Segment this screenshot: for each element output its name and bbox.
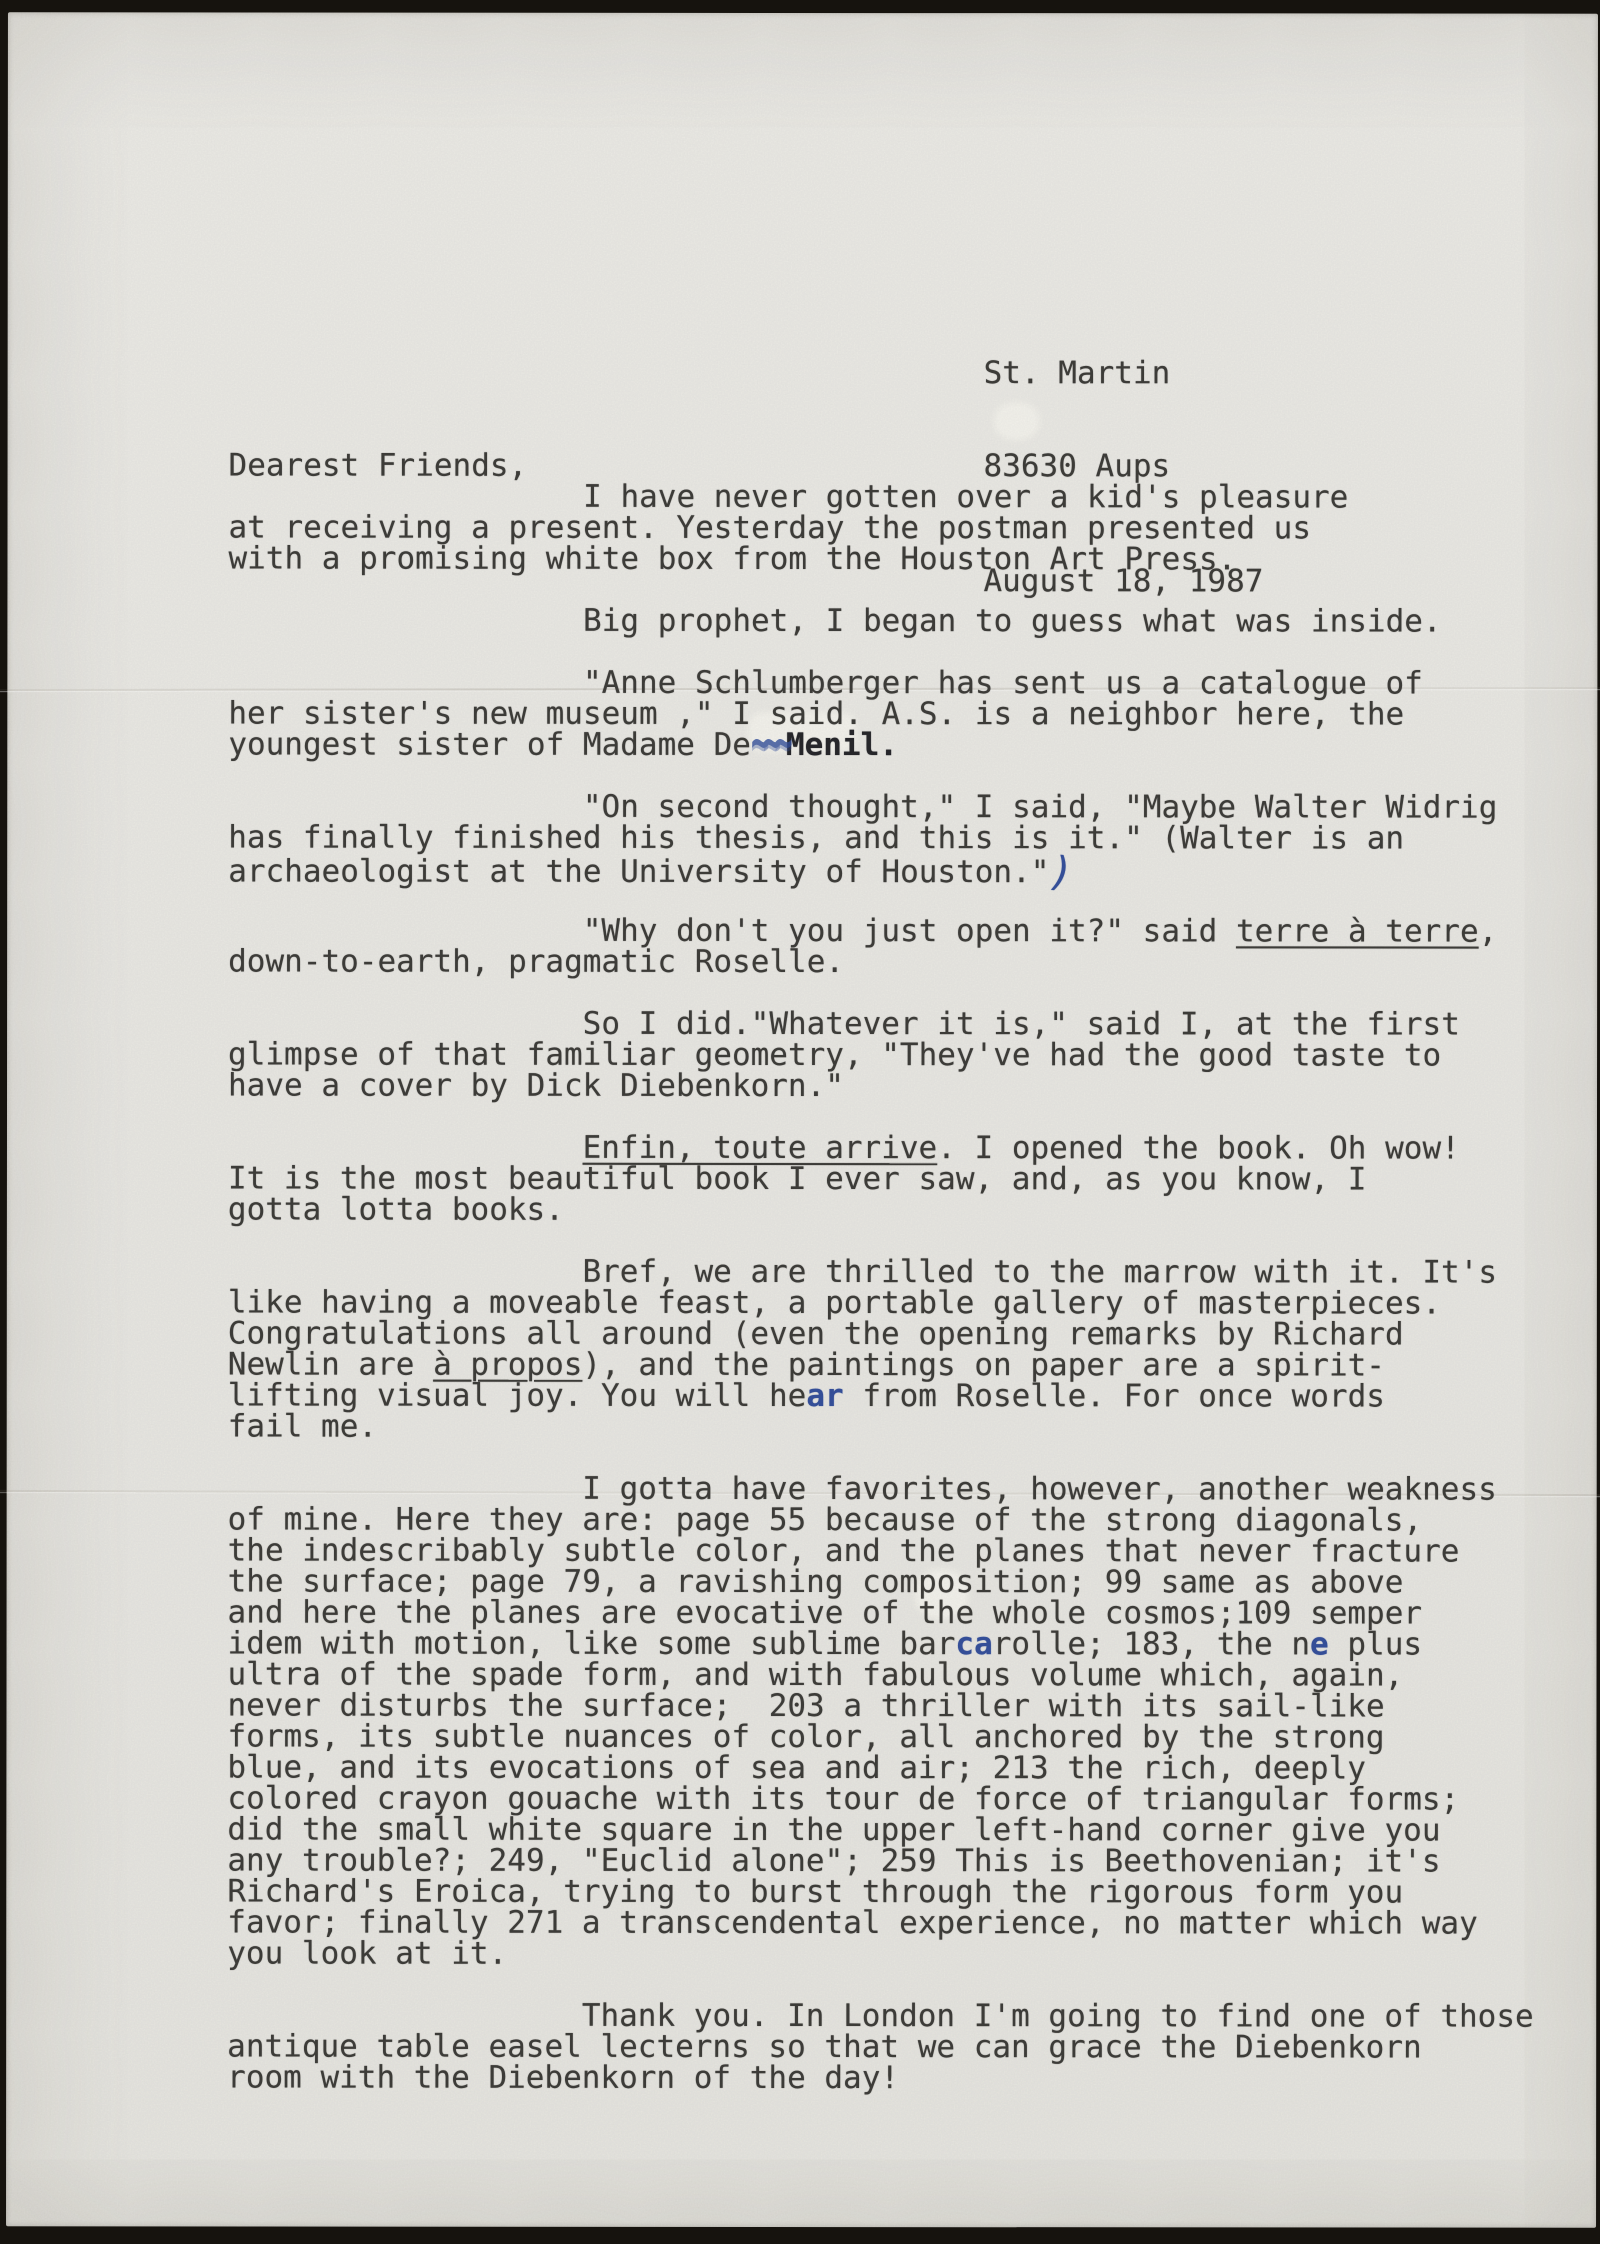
- letter-line: with a promising white box from the Hous…: [228, 543, 1534, 575]
- letter-line: have a cover by Dick Diebenkorn.": [228, 1070, 1534, 1102]
- letter-line: lifting visual joy. You will hear from R…: [228, 1380, 1534, 1412]
- scanner-background: { "colors": { "paper": "#e9e8e4", "typed…: [0, 0, 1600, 2244]
- typed-text: fail me.: [228, 1408, 377, 1444]
- letter-line: Big prophet, I began to guess what was i…: [228, 605, 1534, 637]
- blue-ink-scribble: ~~~: [751, 717, 786, 770]
- underlined-phrase: terre à terre: [1236, 913, 1479, 949]
- letter-line: room with the Diebenkorn of the day!: [227, 2062, 1533, 2094]
- typed-text: Big prophet, I began to guess what was i…: [228, 602, 1441, 639]
- sender-location-line1: St. Martin: [984, 358, 1264, 389]
- letter-line: youngest sister of Madame De~~~Menil.: [228, 729, 1534, 761]
- typed-text: youngest sister of Madame De: [228, 726, 751, 762]
- typed-text: has finally finished his thesis, and thi…: [228, 819, 1404, 856]
- typed-text: room with the Diebenkorn of the day!: [227, 2059, 899, 2096]
- blue-pen-mark: ): [1048, 856, 1074, 889]
- letter-page: St. Martin 83630 Aups August 18, 1987 De…: [6, 12, 1598, 2227]
- typed-text: you look at it.: [227, 1935, 507, 1971]
- blue-ink-correction: ar: [806, 1378, 843, 1414]
- typed-text: ,: [1479, 914, 1498, 950]
- typed-text: with a promising white box from the Hous…: [228, 540, 1236, 577]
- letter-line: has finally finished his thesis, and thi…: [228, 822, 1534, 854]
- letter-line: fail me.: [228, 1411, 1534, 1443]
- letter-body: Dearest Friends, I have never gotten ove…: [227, 450, 1535, 2094]
- bold-overtype: Menil.: [786, 727, 898, 763]
- typed-text: gotta lotta books.: [228, 1191, 564, 1227]
- letter-line: you look at it.: [227, 1938, 1533, 1970]
- letter-line: gotta lotta books.: [228, 1194, 1534, 1226]
- typed-text: from Roselle. For once words: [844, 1378, 1385, 1414]
- typed-text: have a cover by Dick Diebenkorn.": [228, 1067, 844, 1104]
- typed-text: archaeologist at the University of Houst…: [228, 853, 1049, 890]
- letter-line: archaeologist at the University of Houst…: [228, 853, 1534, 885]
- typed-text: down-to-earth, pragmatic Roselle.: [228, 943, 844, 980]
- letter-line: down-to-earth, pragmatic Roselle.: [228, 946, 1534, 978]
